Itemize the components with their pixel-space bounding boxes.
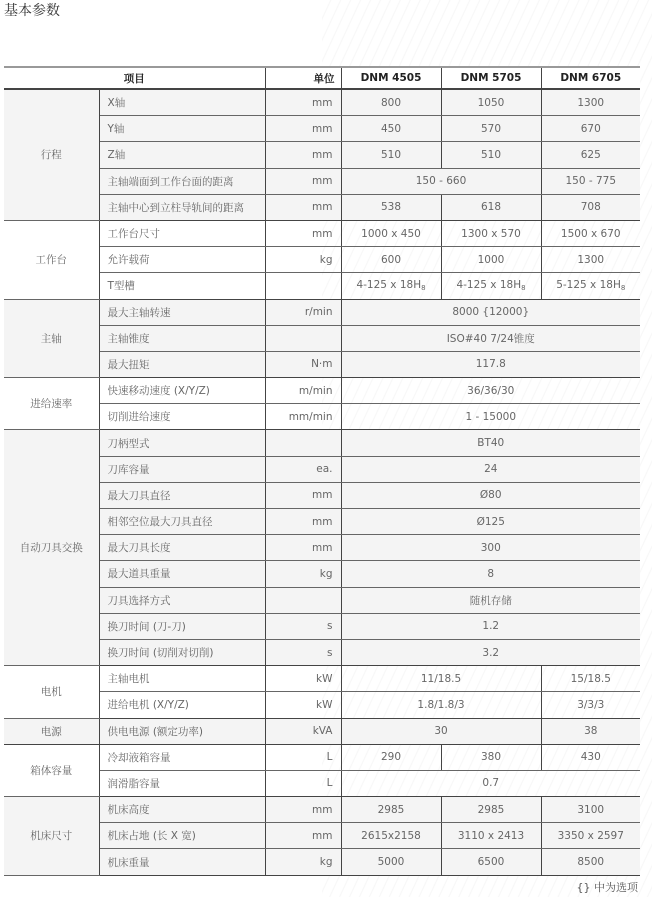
header-model-dnm6705: DNM 6705 [541, 67, 640, 89]
table-row: 机床尺寸机床高度mm298529853100 [4, 797, 640, 823]
table-row: T型槽4-125 x 18H84-125 x 18H85-125 x 18H8 [4, 273, 640, 299]
table-row: 主轴锥度ISO#40 7/24锥度 [4, 325, 640, 351]
unit-cell: kg [265, 849, 341, 875]
item-label: 机床占地 (长 X 宽) [99, 823, 265, 849]
item-label: 切削进给速度 [99, 404, 265, 430]
item-label: 工作台尺寸 [99, 220, 265, 246]
value-cell: 2615x2158 [341, 823, 441, 849]
value-cell: 1000 [441, 247, 541, 273]
value-cell: 11/18.5 [341, 666, 541, 692]
value-cell: 1000 x 450 [341, 220, 441, 246]
value-cell: 24 [341, 456, 640, 482]
value-cell: 1300 [541, 89, 640, 116]
value-cell: 1300 [541, 247, 640, 273]
item-label: T型槽 [99, 273, 265, 299]
value-cell: 0.7 [341, 770, 640, 796]
group-label: 电机 [4, 666, 99, 718]
group-label: 箱体容量 [4, 744, 99, 796]
item-label: 机床重量 [99, 849, 265, 875]
table-row: 刀具选择方式随机存储 [4, 587, 640, 613]
value-cell: ISO#40 7/24锥度 [341, 325, 640, 351]
item-label: 主轴锥度 [99, 325, 265, 351]
subscript: 8 [621, 284, 625, 292]
value-cell: 1500 x 670 [541, 220, 640, 246]
value-cell: 3350 x 2597 [541, 823, 640, 849]
value-cell: 3100 [541, 797, 640, 823]
unit-cell: kW [265, 666, 341, 692]
unit-cell [265, 273, 341, 299]
group-label: 主轴 [4, 299, 99, 378]
item-label: 相邻空位最大刀具直径 [99, 509, 265, 535]
value-cell: 6500 [441, 849, 541, 875]
group-label: 机床尺寸 [4, 797, 99, 876]
value-cell: BT40 [341, 430, 640, 456]
table-row: 最大刀具长度mm300 [4, 535, 640, 561]
table-row: 换刀时间 (切削对切削)s3.2 [4, 639, 640, 665]
spec-table: 项目 单位 DNM 4505 DNM 5705 DNM 6705 行程X轴mm8… [4, 66, 640, 876]
item-label: Y轴 [99, 116, 265, 142]
value-cell: 8 [341, 561, 640, 587]
table-row: 主轴中心到立柱导轨间的距离mm538618708 [4, 194, 640, 220]
unit-cell: s [265, 639, 341, 665]
unit-cell: N·m [265, 351, 341, 377]
value-cell: 380 [441, 744, 541, 770]
value-cell: 117.8 [341, 351, 640, 377]
value-cell: 2985 [341, 797, 441, 823]
value-cell: 510 [441, 142, 541, 168]
table-row: 主轴最大主轴转速r/min8000 {12000} [4, 299, 640, 325]
item-label: 刀库容量 [99, 456, 265, 482]
value-cell: 4-125 x 18H8 [441, 273, 541, 299]
table-row: Y轴mm450570670 [4, 116, 640, 142]
table-row: 电机主轴电机kW11/18.515/18.5 [4, 666, 640, 692]
value-cell: 625 [541, 142, 640, 168]
value-cell: 1 - 15000 [341, 404, 640, 430]
item-label: 刀柄型式 [99, 430, 265, 456]
value-cell: 150 - 775 [541, 168, 640, 194]
value-cell: 618 [441, 194, 541, 220]
value-cell: 450 [341, 116, 441, 142]
table-row: 相邻空位最大刀具直径mmØ125 [4, 509, 640, 535]
unit-cell: mm [265, 482, 341, 508]
unit-cell: m/min [265, 378, 341, 404]
value-cell: 1050 [441, 89, 541, 116]
value-cell: 708 [541, 194, 640, 220]
item-label: 最大道具重量 [99, 561, 265, 587]
table-row: 最大刀具直径mmØ80 [4, 482, 640, 508]
subscript: 8 [421, 284, 425, 292]
group-label: 进给速率 [4, 378, 99, 430]
value-cell: 3110 x 2413 [441, 823, 541, 849]
value-cell: 36/36/30 [341, 378, 640, 404]
item-label: 润滑脂容量 [99, 770, 265, 796]
table-row: 最大扭矩N·m117.8 [4, 351, 640, 377]
unit-cell: mm [265, 194, 341, 220]
table-row: 允许载荷kg60010001300 [4, 247, 640, 273]
header-model-dnm5705: DNM 5705 [441, 67, 541, 89]
table-row: 换刀时间 (刀-刀)s1.2 [4, 613, 640, 639]
value-cell: 5000 [341, 849, 441, 875]
item-label: 刀具选择方式 [99, 587, 265, 613]
unit-cell: kVA [265, 718, 341, 744]
value-cell: 8500 [541, 849, 640, 875]
unit-cell [265, 325, 341, 351]
unit-cell: mm [265, 535, 341, 561]
value-cell: 5-125 x 18H8 [541, 273, 640, 299]
table-row: 工作台工作台尺寸mm1000 x 4501300 x 5701500 x 670 [4, 220, 640, 246]
unit-cell: mm [265, 509, 341, 535]
item-label: 冷却液箱容量 [99, 744, 265, 770]
unit-cell: mm [265, 142, 341, 168]
value-cell: 4-125 x 18H8 [341, 273, 441, 299]
unit-cell: kg [265, 561, 341, 587]
value-cell: Ø80 [341, 482, 640, 508]
table-row: Z轴mm510510625 [4, 142, 640, 168]
unit-cell: s [265, 613, 341, 639]
item-label: 换刀时间 (刀-刀) [99, 613, 265, 639]
table-row: 机床占地 (长 X 宽)mm2615x21583110 x 24133350 x… [4, 823, 640, 849]
table-row: 最大道具重量kg8 [4, 561, 640, 587]
unit-cell [265, 430, 341, 456]
unit-cell: mm [265, 823, 341, 849]
table-row: 刀库容量ea.24 [4, 456, 640, 482]
item-label: 最大刀具直径 [99, 482, 265, 508]
item-label: 快速移动速度 (X/Y/Z) [99, 378, 265, 404]
value-cell: 300 [341, 535, 640, 561]
item-label: Z轴 [99, 142, 265, 168]
item-label: 供电电源 (额定功率) [99, 718, 265, 744]
value-cell: 510 [341, 142, 441, 168]
table-header-row: 项目 单位 DNM 4505 DNM 5705 DNM 6705 [4, 67, 640, 89]
group-label: 电源 [4, 718, 99, 744]
item-label: 最大扭矩 [99, 351, 265, 377]
group-label: 行程 [4, 89, 99, 220]
table-row: 机床重量kg500065008500 [4, 849, 640, 875]
value-cell: 600 [341, 247, 441, 273]
item-label: 主轴端面到工作台面的距离 [99, 168, 265, 194]
item-label: 主轴中心到立柱导轨间的距离 [99, 194, 265, 220]
unit-cell: mm [265, 89, 341, 116]
unit-cell: kg [265, 247, 341, 273]
table-row: 进给电机 (X/Y/Z)kW1.8/1.8/33/3/3 [4, 692, 640, 718]
table-row: 自动刀具交换刀柄型式BT40 [4, 430, 640, 456]
value-cell: 290 [341, 744, 441, 770]
value-cell: 670 [541, 116, 640, 142]
table-row: 润滑脂容量L0.7 [4, 770, 640, 796]
value-cell: 8000 {12000} [341, 299, 640, 325]
unit-cell: mm/min [265, 404, 341, 430]
value-cell: 1.2 [341, 613, 640, 639]
value-cell: 1300 x 570 [441, 220, 541, 246]
value-cell: 150 - 660 [341, 168, 541, 194]
header-unit: 单位 [265, 67, 341, 89]
unit-cell: L [265, 744, 341, 770]
value-cell: 38 [541, 718, 640, 744]
group-label: 工作台 [4, 220, 99, 299]
item-label: 主轴电机 [99, 666, 265, 692]
unit-cell: L [265, 770, 341, 796]
value-cell: 800 [341, 89, 441, 116]
table-row: 行程X轴mm80010501300 [4, 89, 640, 116]
value-cell: 2985 [441, 797, 541, 823]
table-row: 进给速率快速移动速度 (X/Y/Z)m/min36/36/30 [4, 378, 640, 404]
unit-cell [265, 587, 341, 613]
unit-cell: r/min [265, 299, 341, 325]
value-cell: 3/3/3 [541, 692, 640, 718]
unit-cell: ea. [265, 456, 341, 482]
footnote: {} 中为选项 [577, 879, 639, 895]
subscript: 8 [521, 284, 525, 292]
table-row: 主轴端面到工作台面的距离mm150 - 660150 - 775 [4, 168, 640, 194]
unit-cell: mm [265, 797, 341, 823]
table-row: 电源供电电源 (额定功率)kVA3038 [4, 718, 640, 744]
item-label: 允许载荷 [99, 247, 265, 273]
page-title: 基本参数 [4, 0, 60, 20]
unit-cell: mm [265, 168, 341, 194]
unit-cell: kW [265, 692, 341, 718]
value-cell: 570 [441, 116, 541, 142]
item-label: 换刀时间 (切削对切削) [99, 639, 265, 665]
item-label: 最大主轴转速 [99, 299, 265, 325]
value-cell: 3.2 [341, 639, 640, 665]
header-item: 项目 [4, 67, 265, 89]
value-cell: 随机存储 [341, 587, 640, 613]
item-label: 机床高度 [99, 797, 265, 823]
item-label: 进给电机 (X/Y/Z) [99, 692, 265, 718]
value-cell: 1.8/1.8/3 [341, 692, 541, 718]
table-row: 切削进给速度mm/min1 - 15000 [4, 404, 640, 430]
header-model-dnm4505: DNM 4505 [341, 67, 441, 89]
unit-cell: mm [265, 220, 341, 246]
value-cell: 30 [341, 718, 541, 744]
table-row: 箱体容量冷却液箱容量L290380430 [4, 744, 640, 770]
value-cell: Ø125 [341, 509, 640, 535]
value-cell: 15/18.5 [541, 666, 640, 692]
group-label: 自动刀具交换 [4, 430, 99, 666]
value-cell: 538 [341, 194, 441, 220]
value-cell: 430 [541, 744, 640, 770]
item-label: 最大刀具长度 [99, 535, 265, 561]
item-label: X轴 [99, 89, 265, 116]
unit-cell: mm [265, 116, 341, 142]
